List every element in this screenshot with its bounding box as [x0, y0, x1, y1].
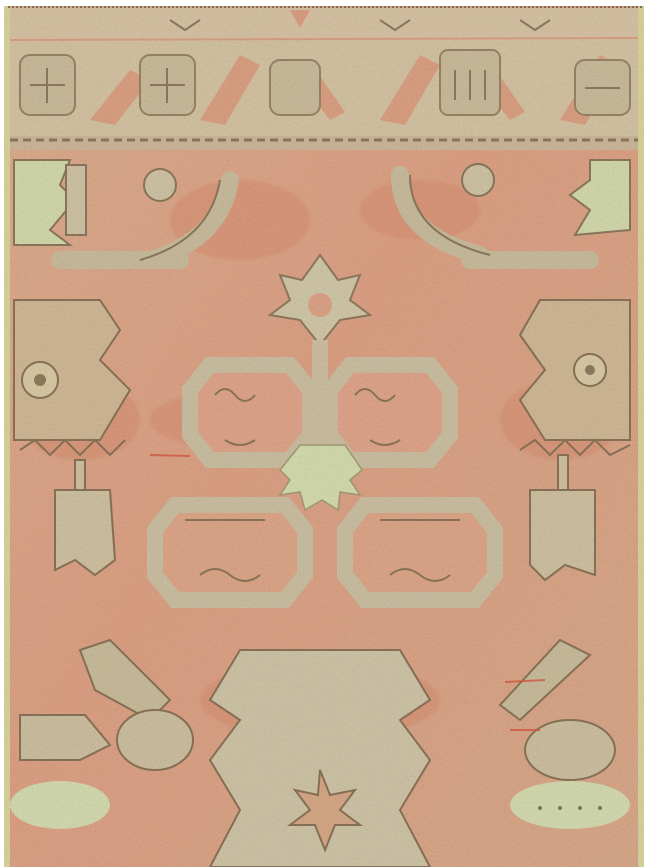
rug-photo [0, 0, 650, 867]
rug-image [0, 0, 650, 867]
